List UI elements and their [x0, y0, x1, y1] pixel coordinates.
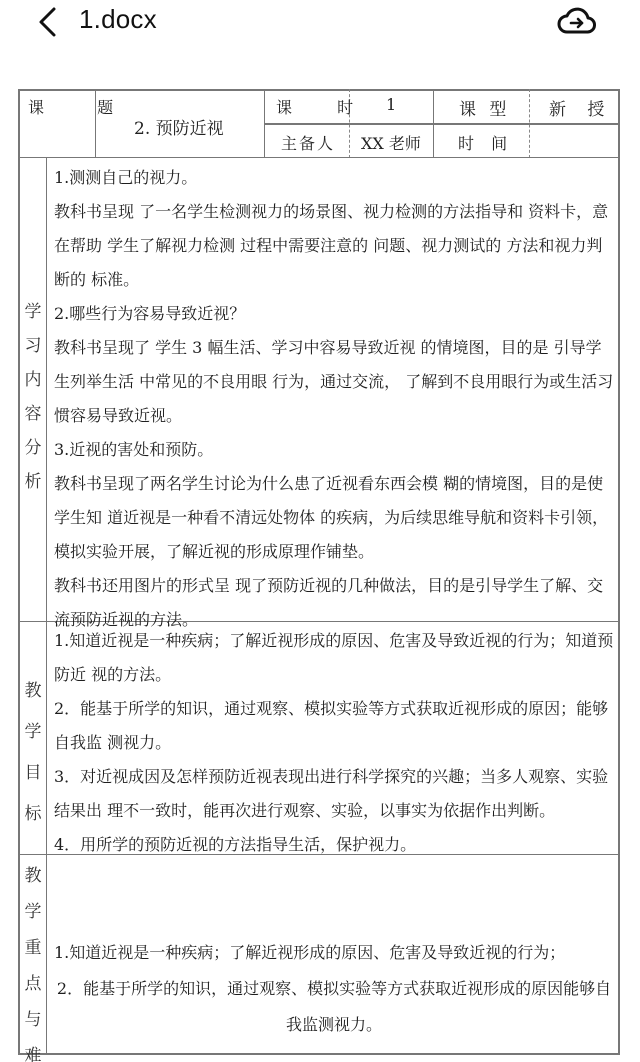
- section-label-char: 重: [20, 933, 46, 958]
- section-label-char: 学: [20, 297, 46, 322]
- section-label-char: 目: [20, 758, 46, 783]
- key-point-item: 1.知道近视是一种疾病；了解近视形成的原因、危害及导致近视的行为；: [54, 935, 614, 971]
- goal-item: 4．用所学的预防近视的方法指导生活，保护视力。: [54, 828, 614, 862]
- lesson-plan-table: 课 题 2. 预防近视 课 时 1 课 型 新 授 主备人 XX 老师 时 间 …: [18, 89, 620, 1055]
- goal-item: 2．能基于所学的知识，通过观察、模拟实验等方式获取近视形成的原因；能够自我监 测…: [54, 692, 614, 760]
- section-body: 1.知道近视是一种疾病；了解近视形成的原因、危害及导致近视的行为；知道预防近 视…: [54, 624, 614, 862]
- preparer-label: 主备人: [281, 131, 335, 154]
- section-label-char: 点: [20, 969, 46, 994]
- label-column-divider: [46, 158, 47, 1055]
- period-label: 课 时: [276, 95, 373, 118]
- paragraph-heading: 1.测测自己的视力。: [54, 161, 614, 195]
- paragraph: 教科书呈现了 学生 3 幅生活、学习中容易导致近视 的情境图，目的是 引导学生列…: [54, 331, 614, 433]
- preparer-value: XX 老师: [361, 131, 421, 154]
- period-value: 1: [386, 95, 396, 114]
- paragraph-heading: 3.近视的害处和预防。: [54, 433, 614, 467]
- section-label-char: 标: [20, 799, 46, 824]
- topic-label: 课 题: [28, 95, 137, 118]
- paragraph-heading: 2.哪些行为容易导致近视？: [54, 297, 614, 331]
- divider: [18, 157, 620, 158]
- topic-value: 2. 预防近视: [134, 114, 224, 139]
- back-button[interactable]: [34, 6, 64, 38]
- paragraph: 教科书呈现 了一名学生检测视力的场景图、视力检测的方法指导和 资料卡，意在帮助 …: [54, 195, 614, 297]
- section-label-char: 容: [20, 399, 46, 424]
- cloud-upload-icon: [556, 2, 598, 38]
- section-body: 1.测测自己的视力。 教科书呈现 了一名学生检测视力的场景图、视力检测的方法指导…: [54, 161, 614, 637]
- chevron-left-icon: [34, 6, 64, 38]
- section-label-char: 学: [20, 897, 46, 922]
- section-label-char: 习: [20, 331, 46, 356]
- type-value: 新 授: [549, 95, 612, 120]
- section-label-char: 教: [20, 676, 46, 701]
- section-label-char: 难: [20, 1041, 46, 1062]
- type-label: 课 型: [459, 95, 510, 120]
- section-label-char: 内: [20, 365, 46, 390]
- table-border-right: [618, 89, 620, 1055]
- cloud-upload-button[interactable]: [556, 2, 598, 38]
- section-body: 1.知道近视是一种疾病；了解近视形成的原因、危害及导致近视的行为； 2．能基于所…: [54, 935, 614, 1043]
- section-label-char: 析: [20, 467, 46, 492]
- key-point-item: 2．能基于所学的知识，通过观察、模拟实验等方式获取近视形成的原因能够自我监测视力…: [54, 971, 614, 1043]
- top-bar: 1.docx: [0, 0, 640, 44]
- section-label-char: 教: [20, 861, 46, 886]
- section-label-char: 与: [20, 1005, 46, 1030]
- time-label: 时 间: [458, 131, 513, 154]
- goal-item: 1.知道近视是一种疾病；了解近视形成的原因、危害及导致近视的行为；知道预防近 视…: [54, 624, 614, 692]
- section-label-char: 学: [20, 717, 46, 742]
- section-label-char: 分: [20, 433, 46, 458]
- document-title: 1.docx: [79, 4, 157, 35]
- divider: [264, 123, 620, 125]
- paragraph: 教科书呈现了两名学生讨论为什么患了近视看东西会模 糊的情境图，目的是使学生知 道…: [54, 467, 614, 569]
- goal-item: 3．对近视成因及怎样预防近视表现出进行科学探究的兴趣；当多人观察、实验结果出 理…: [54, 760, 614, 828]
- table-border-bottom: [18, 1053, 620, 1055]
